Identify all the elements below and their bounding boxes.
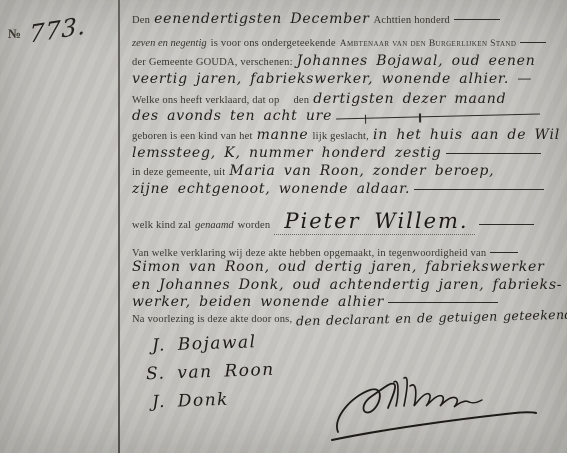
fill-line bbox=[446, 152, 541, 154]
year-official-line: zeven en negentig is voor ons ondergetee… bbox=[132, 33, 562, 51]
printed-text: geboren is een kind van het bbox=[132, 131, 253, 142]
handwritten-sex: manne bbox=[257, 127, 309, 143]
numero-symbol: № bbox=[8, 26, 21, 41]
fill-line bbox=[520, 41, 546, 43]
printed-year-text: zeven en negentig bbox=[132, 38, 207, 49]
mother-details-line: zijne echtgenoot, wonende aldaar. bbox=[132, 180, 562, 198]
handwritten-declarant-details: veertig jaren, fabriekswerker, wonende a… bbox=[132, 71, 532, 87]
fill-line bbox=[414, 188, 544, 190]
handwritten-closing: den declarant en de getuigen geteekend. bbox=[296, 307, 567, 329]
child-sex-house-line: geboren is een kind van het manne lijk g… bbox=[132, 126, 562, 144]
fill-line bbox=[336, 117, 366, 120]
fill-line bbox=[366, 115, 421, 118]
witness2-line: en Johannes Donk, oud achtendertig jaren… bbox=[132, 276, 562, 294]
declarant-details-line: veertig jaren, fabriekswerker, wonende a… bbox=[132, 70, 562, 88]
handwritten-mother-details: zijne echtgenoot, wonende aldaar. bbox=[132, 181, 410, 197]
printed-text: lijk geslacht, bbox=[313, 131, 369, 142]
birth-time-line: des avonds ten acht ure bbox=[132, 107, 562, 125]
handwritten-mother-name: Maria van Roon, zonder beroep, bbox=[229, 163, 494, 179]
strike-through-fill bbox=[336, 105, 540, 128]
fill-line bbox=[420, 113, 540, 118]
printed-text: Achttien honderd bbox=[374, 15, 450, 26]
handwritten-witness2: en Johannes Donk, oud achtendertig jaren… bbox=[132, 277, 562, 293]
handwritten-birth-time: des avonds ten acht ure bbox=[132, 108, 332, 124]
printed-text: worden bbox=[238, 220, 271, 231]
printed-official-title: Ambtenaar van den Burgerlijken Stand bbox=[340, 39, 517, 49]
handwritten-child-name: Pieter Willem. bbox=[274, 209, 474, 235]
scanned-birth-certificate: № 773. Den eenendertigsten December Acht… bbox=[0, 0, 567, 453]
official-signature-flourish bbox=[330, 360, 540, 445]
fill-line bbox=[490, 251, 518, 253]
date-line: Den eenendertigsten December Achttien ho… bbox=[132, 10, 562, 28]
margin-rule bbox=[118, 0, 120, 453]
printed-text: in deze gemeente, uit bbox=[132, 167, 225, 178]
signature-witness2: J. Donk bbox=[152, 390, 230, 413]
fill-line bbox=[454, 18, 500, 20]
handwritten-witness1: Simon van Roon, oud dertig jaren, fabrie… bbox=[132, 259, 545, 275]
fill-line bbox=[388, 301, 498, 303]
handwritten-declarant-name: Johannes Bojawal, oud eenen bbox=[297, 53, 536, 69]
printed-text: den bbox=[293, 95, 309, 106]
act-number: 773. bbox=[29, 11, 86, 48]
fill-line bbox=[479, 223, 534, 225]
mother-line: in deze gemeente, uit Maria van Roon, zo… bbox=[132, 162, 562, 180]
printed-text-italic: genaamd bbox=[195, 220, 234, 231]
handwritten-witness-residence: werker, beiden wonende alhier bbox=[132, 294, 384, 310]
signature-witness1: S. van Roon bbox=[146, 360, 275, 384]
act-number-block: № 773. bbox=[8, 16, 87, 44]
signature-declarant: J. Bojawal bbox=[152, 332, 257, 356]
printed-text: Na voorlezing is deze akte door ons, bbox=[132, 314, 292, 325]
witness1-line: Simon van Roon, oud dertig jaren, fabrie… bbox=[132, 258, 562, 276]
address-line: lemssteeg, K, nummer honderd zestig bbox=[132, 144, 562, 162]
handwritten-birth-day: dertigsten dezer maand bbox=[313, 91, 506, 107]
printed-text: Den bbox=[132, 15, 150, 26]
declarant-line: der Gemeente GOUDA, verschenen: Johannes… bbox=[132, 52, 562, 70]
handwritten-date: eenendertigsten December bbox=[154, 11, 370, 27]
printed-text: is voor ons ondergeteekende bbox=[211, 38, 336, 49]
printed-text: welk kind zal bbox=[132, 220, 191, 231]
printed-text: Welke ons heeft verklaard, dat op bbox=[132, 95, 279, 106]
child-name-line: welk kind zal genaamd worden Pieter Will… bbox=[132, 209, 562, 233]
handwritten-address-start: in het huis aan de Wil bbox=[373, 127, 560, 143]
handwritten-address-end: lemssteeg, K, nummer honderd zestig bbox=[132, 145, 442, 161]
printed-text: der Gemeente GOUDA, verschenen: bbox=[132, 57, 293, 68]
closing-line: Na voorlezing is deze akte door ons, den… bbox=[132, 309, 562, 327]
